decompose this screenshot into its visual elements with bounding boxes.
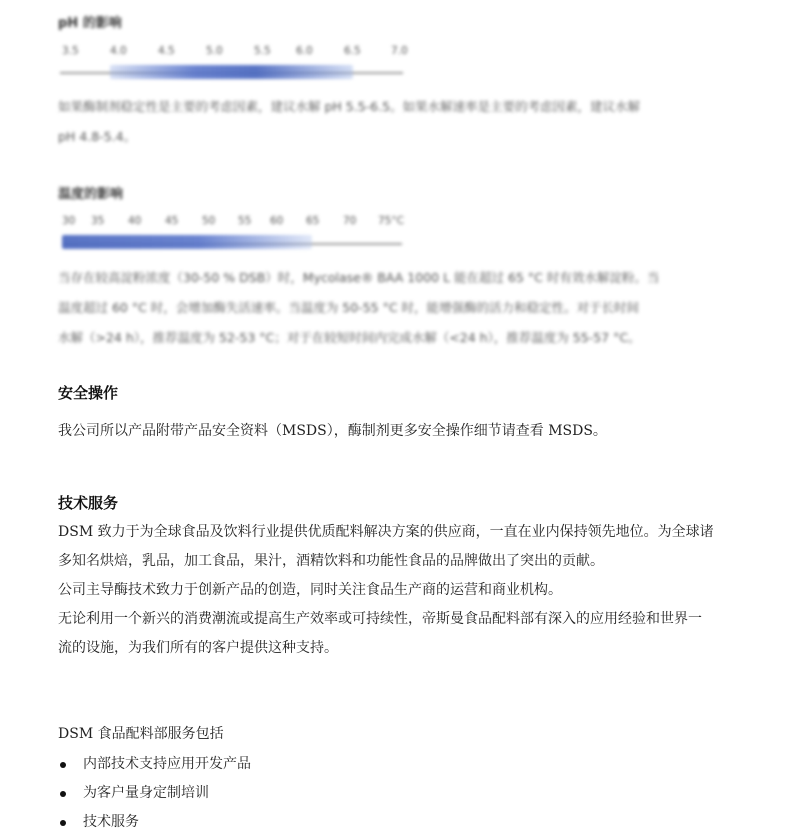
ph-tick: 5.5 — [254, 45, 271, 57]
services-intro: DSM 食品配料部服务包括 — [58, 720, 758, 749]
temp-tick: 60 — [270, 215, 283, 227]
ph-optimal-band — [110, 65, 353, 79]
tech-service-paragraph-1: DSM 致力于为全球食品及饮料行业提供优质配料解决方案的供应商，一直在业内保持领… — [58, 518, 758, 576]
blurred-region: pH 的影响 3.5 4.0 4.5 5.0 5.5 6.0 6.5 7.0 如… — [0, 0, 800, 360]
ph-tick: 3.5 — [62, 45, 79, 57]
ph-tick: 4.0 — [110, 45, 127, 57]
safety-text: 我公司所以产品附带产品安全资料（MSDS），酶制剂更多安全操作细节请查看 MSD… — [58, 417, 758, 446]
tech-service-heading: 技术服务 — [58, 492, 118, 513]
temp-tick: 35 — [91, 215, 104, 227]
ph-tick: 4.5 — [158, 45, 175, 57]
ph-tick: 6.5 — [344, 45, 361, 57]
services-list: 内部技术支持应用开发产品 为客户量身定制培训 技术服务 — [58, 750, 251, 837]
document-page: pH 的影响 3.5 4.0 4.5 5.0 5.5 6.0 6.5 7.0 如… — [0, 0, 800, 839]
list-item: 技术服务 — [58, 808, 251, 837]
temp-tick: 75°C — [378, 215, 404, 227]
ph-tick: 6.0 — [296, 45, 313, 57]
bullet-icon — [60, 762, 66, 768]
temp-tick: 30 — [62, 215, 75, 227]
temp-section-title: 温度的影响 — [58, 183, 123, 202]
temp-tick: 70 — [343, 215, 356, 227]
temp-tick: 55 — [238, 215, 251, 227]
tech-service-paragraph-3: 无论利用一个新兴的消费潮流或提高生产效率或可持续性，帝斯曼食品配料部有深入的应用… — [58, 605, 758, 663]
bullet-icon — [60, 791, 66, 797]
temp-tick: 50 — [202, 215, 215, 227]
list-item: 为客户量身定制培训 — [58, 779, 251, 808]
ph-tick: 7.0 — [391, 45, 408, 57]
tech-service-paragraph-2: 公司主导酶技术致力于创新产品的创造，同时关注食品生产商的运营和商业机构。 — [58, 576, 758, 605]
temp-optimal-band — [62, 235, 312, 249]
temp-tick: 65 — [306, 215, 319, 227]
temp-tick: 45 — [165, 215, 178, 227]
bullet-icon — [60, 820, 66, 826]
safety-heading: 安全操作 — [58, 382, 118, 403]
temp-description: 当存在较高淀粉浓度（30-50 % DSB）时，Mycolase® BAA 10… — [58, 263, 748, 353]
list-item: 内部技术支持应用开发产品 — [58, 750, 251, 779]
ph-section-title: pH 的影响 — [58, 12, 122, 31]
ph-tick: 5.0 — [206, 45, 223, 57]
temp-tick: 40 — [128, 215, 141, 227]
ph-description: 如果酶制剂稳定性是主要的考虑因素，建议水解 pH 5.5-6.5。如果水解速率是… — [58, 92, 748, 152]
